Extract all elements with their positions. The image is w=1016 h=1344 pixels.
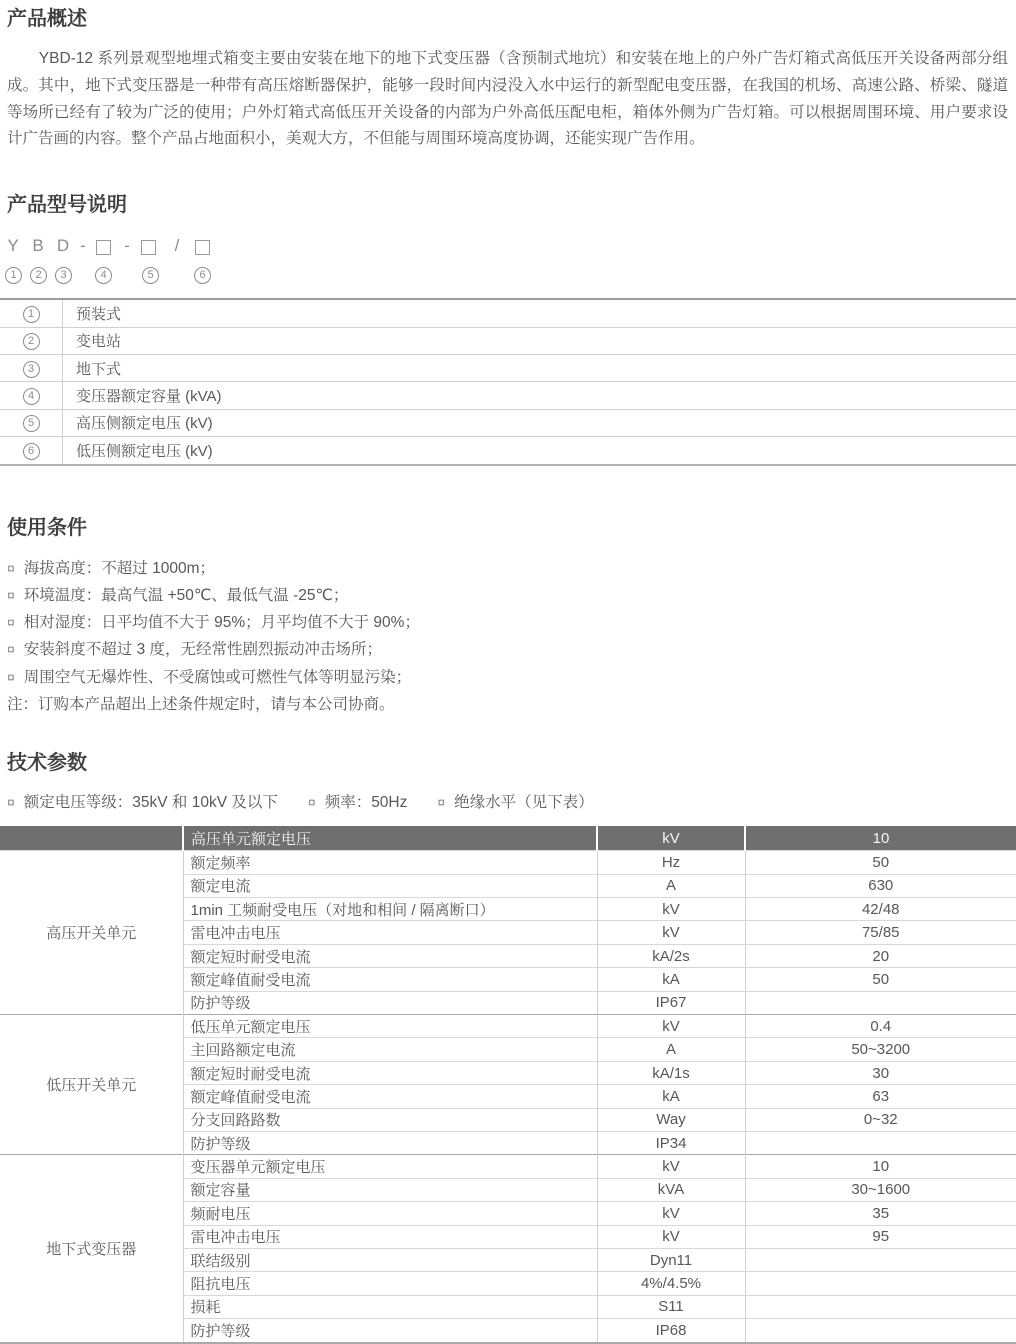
model-table: 1预装式2变电站3地下式4变压器额定容量 (kVA)5高压侧额定电压 (kV)6…	[0, 298, 1016, 465]
condition-item: ¤环境温度：最高气温 +50℃、最低气温 -25℃；	[7, 582, 1016, 609]
spec-param-cell: 雷电冲击电压	[183, 921, 597, 944]
tech-bullet-text: 频率：50Hz	[325, 794, 408, 811]
group-label-cell: 低压开关单元	[0, 1015, 183, 1155]
spec-unit-cell: Dyn11	[597, 1248, 745, 1271]
circled-number: 1	[23, 306, 40, 323]
bullet-icon: ¤	[7, 560, 15, 576]
header-value-cell: 10	[745, 826, 1016, 851]
circled-number: 4	[23, 388, 40, 405]
model-table-row: 1预装式	[0, 299, 1016, 327]
spec-unit-cell: kV	[597, 898, 745, 921]
spec-param-cell: 变压器单元额定电压	[183, 1155, 597, 1178]
model-code-char: -	[115, 236, 139, 256]
tech-bullet-text: 绝缘水平（见下表）	[454, 794, 594, 811]
condition-item: ¤海拔高度：不超过 1000m；	[7, 555, 1016, 582]
spec-param-cell: 1min 工频耐受电压（对地和相间 / 隔离断口）	[183, 898, 597, 921]
circled-number: 5	[142, 267, 159, 284]
conditions-note: 注：订购本产品超出上述条件规定时，请与本公司协商。	[7, 691, 1016, 718]
spec-value-cell	[745, 1272, 1016, 1295]
header-unit-cell: kV	[597, 826, 745, 851]
condition-text: 相对湿度：日平均值不大于 95%；月平均值不大于 90%；	[24, 614, 420, 631]
bullet-icon: ¤	[308, 794, 316, 810]
spec-param-cell: 损耗	[183, 1295, 597, 1318]
spec-value-cell: 0.4	[745, 1015, 1016, 1038]
model-table-row: 4变压器额定容量 (kVA)	[0, 382, 1016, 409]
model-table-row: 3地下式	[0, 354, 1016, 381]
parameters-table: 高压单元额定电压 kV 10 高压开关单元额定频率Hz50额定电流A6301mi…	[0, 826, 1016, 1343]
condition-item: ¤安装斜度不超过 3 度，无经常性剧烈振动冲击场所；	[7, 636, 1016, 663]
spec-unit-cell: kV	[597, 1015, 745, 1038]
spec-unit-cell: A	[597, 874, 745, 897]
model-code-char: Y	[1, 236, 25, 256]
spec-unit-cell: S11	[597, 1295, 745, 1318]
spec-unit-cell: kA	[597, 968, 745, 991]
conditions-list: ¤海拔高度：不超过 1000m；¤环境温度：最高气温 +50℃、最低气温 -25…	[7, 555, 1016, 719]
spec-value-cell: 95	[745, 1225, 1016, 1248]
condition-text: 环境温度：最高气温 +50℃、最低气温 -25℃；	[24, 587, 349, 604]
circled-number: 2	[23, 333, 40, 350]
bullet-icon: ¤	[437, 794, 445, 810]
spec-param-cell: 频耐电压	[183, 1202, 597, 1225]
model-row-number: 2	[0, 327, 63, 354]
spec-unit-cell: IP67	[597, 991, 745, 1014]
spec-unit-cell: kV	[597, 1155, 745, 1178]
section-title-overview: 产品概述	[7, 0, 1016, 31]
condition-item: ¤周围空气无爆炸性、不受腐蚀或可燃性气体等明显污染；	[7, 664, 1016, 691]
model-row-label: 高压侧额定电压 (kV)	[63, 409, 1016, 436]
condition-item: ¤相对湿度：日平均值不大于 95%；月平均值不大于 90%；	[7, 609, 1016, 636]
circled-number: 6	[23, 443, 40, 460]
spec-param-cell: 联结级别	[183, 1248, 597, 1271]
spec-param-cell: 主回路额定电流	[183, 1038, 597, 1061]
overview-paragraph: YBD-12 系列景观型地埋式箱变主要由安装在地下的地下式变压器（含预制式地坑）…	[7, 46, 1008, 153]
spec-param-cell: 防护等级	[183, 991, 597, 1014]
spec-unit-cell: IP68	[597, 1319, 745, 1343]
section-title-conditions: 使用条件	[7, 516, 1016, 540]
spec-value-cell	[745, 1295, 1016, 1318]
spec-param-cell: 额定峰值耐受电流	[183, 968, 597, 991]
spec-unit-cell: kVA	[597, 1178, 745, 1201]
spec-unit-cell: A	[597, 1038, 745, 1061]
spec-unit-cell: kV	[597, 921, 745, 944]
model-row-label: 地下式	[63, 354, 1016, 381]
spec-param-cell: 分支回路路数	[183, 1108, 597, 1131]
spec-unit-cell: kA/2s	[597, 944, 745, 967]
spec-param-cell: 额定短时耐受电流	[183, 944, 597, 967]
model-row-label: 低压侧额定电压 (kV)	[63, 437, 1016, 465]
spec-param-cell: 额定电流	[183, 874, 597, 897]
model-row-number: 1	[0, 299, 63, 327]
header-param-cell: 高压单元额定电压	[183, 826, 597, 851]
bullet-icon: ¤	[7, 587, 15, 603]
model-code-char: /	[165, 236, 189, 256]
spec-param-cell: 阻抗电压	[183, 1272, 597, 1295]
spec-value-cell: 50	[745, 851, 1016, 874]
tech-bullet-text: 额定电压等级：35kV 和 10kV 及以下	[24, 794, 278, 811]
spec-value-cell	[745, 1248, 1016, 1271]
spec-row: 高压开关单元额定频率Hz50	[0, 851, 1016, 874]
group-label-cell: 地下式变压器	[0, 1155, 183, 1343]
model-row-number: 5	[0, 409, 63, 436]
circled-number: 5	[23, 415, 40, 432]
spec-unit-cell: 4%/4.5%	[597, 1272, 745, 1295]
condition-text: 安装斜度不超过 3 度，无经常性剧烈振动冲击场所；	[24, 641, 382, 658]
parameters-header-row: 高压单元额定电压 kV 10	[0, 826, 1016, 851]
tech-bullet-item: ¤额定电压等级：35kV 和 10kV 及以下	[7, 794, 278, 811]
spec-value-cell: 30	[745, 1061, 1016, 1084]
circled-number: 1	[5, 267, 22, 284]
model-code-box	[195, 240, 210, 255]
circled-number: 6	[194, 267, 211, 284]
spec-value-cell	[745, 991, 1016, 1014]
spec-unit-cell: kV	[597, 1225, 745, 1248]
group-label-cell: 高压开关单元	[0, 851, 183, 1015]
model-code-row: YBD--/	[0, 236, 1016, 258]
bullet-icon: ¤	[7, 641, 15, 657]
model-code-box	[96, 240, 111, 255]
tech-bullet-item: ¤绝缘水平（见下表）	[437, 794, 593, 811]
spec-unit-cell: Hz	[597, 851, 745, 874]
spec-value-cell: 35	[745, 1202, 1016, 1225]
spec-value-cell	[745, 1132, 1016, 1155]
section-title-model: 产品型号说明	[7, 193, 1016, 217]
spec-value-cell: 630	[745, 874, 1016, 897]
bullet-icon: ¤	[7, 794, 15, 810]
spec-unit-cell: kA/1s	[597, 1061, 745, 1084]
spec-param-cell: 防护等级	[183, 1319, 597, 1343]
spec-value-cell: 42/48	[745, 898, 1016, 921]
condition-text: 周围空气无爆炸性、不受腐蚀或可燃性气体等明显污染；	[24, 669, 412, 686]
spec-param-cell: 额定容量	[183, 1178, 597, 1201]
spec-value-cell: 30~1600	[745, 1178, 1016, 1201]
model-row-label: 预装式	[63, 299, 1016, 327]
spec-value-cell	[745, 1319, 1016, 1343]
spec-unit-cell: Way	[597, 1108, 745, 1131]
model-row-number: 3	[0, 354, 63, 381]
spec-param-cell: 雷电冲击电压	[183, 1225, 597, 1248]
spec-value-cell: 63	[745, 1085, 1016, 1108]
spec-row: 地下式变压器变压器单元额定电压kV10	[0, 1155, 1016, 1178]
spec-param-cell: 低压单元额定电压	[183, 1015, 597, 1038]
model-table-row: 2变电站	[0, 327, 1016, 354]
spec-unit-cell: kV	[597, 1202, 745, 1225]
model-row-label: 变压器额定容量 (kVA)	[63, 382, 1016, 409]
model-number-row: 123456	[0, 267, 1016, 287]
spec-param-cell: 额定频率	[183, 851, 597, 874]
header-group-cell	[0, 826, 183, 851]
bullet-icon: ¤	[7, 669, 15, 685]
condition-text: 海拔高度：不超过 1000m；	[24, 560, 215, 577]
model-row-number: 4	[0, 382, 63, 409]
circled-number: 4	[95, 267, 112, 284]
model-row-label: 变电站	[63, 327, 1016, 354]
model-code-char: -	[71, 236, 95, 256]
spec-value-cell: 10	[745, 1155, 1016, 1178]
spec-value-cell: 50	[745, 968, 1016, 991]
spec-param-cell: 防护等级	[183, 1132, 597, 1155]
spec-value-cell: 20	[745, 944, 1016, 967]
spec-unit-cell: kA	[597, 1085, 745, 1108]
model-table-row: 5高压侧额定电压 (kV)	[0, 409, 1016, 436]
spec-unit-cell: IP34	[597, 1132, 745, 1155]
circled-number: 3	[23, 361, 40, 378]
spec-row: 低压开关单元低压单元额定电压kV0.4	[0, 1015, 1016, 1038]
section-title-tech: 技术参数	[7, 751, 1016, 775]
spec-value-cell: 0~32	[745, 1108, 1016, 1131]
circled-number: 2	[30, 267, 47, 284]
model-row-number: 6	[0, 437, 63, 465]
model-code-char: B	[26, 236, 50, 256]
model-code-box	[141, 240, 156, 255]
spec-param-cell: 额定短时耐受电流	[183, 1061, 597, 1084]
spec-param-cell: 额定峰值耐受电流	[183, 1085, 597, 1108]
model-table-row: 6低压侧额定电压 (kV)	[0, 437, 1016, 465]
tech-bullet-item: ¤频率：50Hz	[308, 794, 407, 811]
spec-value-cell: 50~3200	[745, 1038, 1016, 1061]
bullet-icon: ¤	[7, 614, 15, 630]
circled-number: 3	[55, 267, 72, 284]
tech-bullet-line: ¤额定电压等级：35kV 和 10kV 及以下¤频率：50Hz¤绝缘水平（见下表…	[7, 790, 1016, 812]
spec-value-cell: 75/85	[745, 921, 1016, 944]
